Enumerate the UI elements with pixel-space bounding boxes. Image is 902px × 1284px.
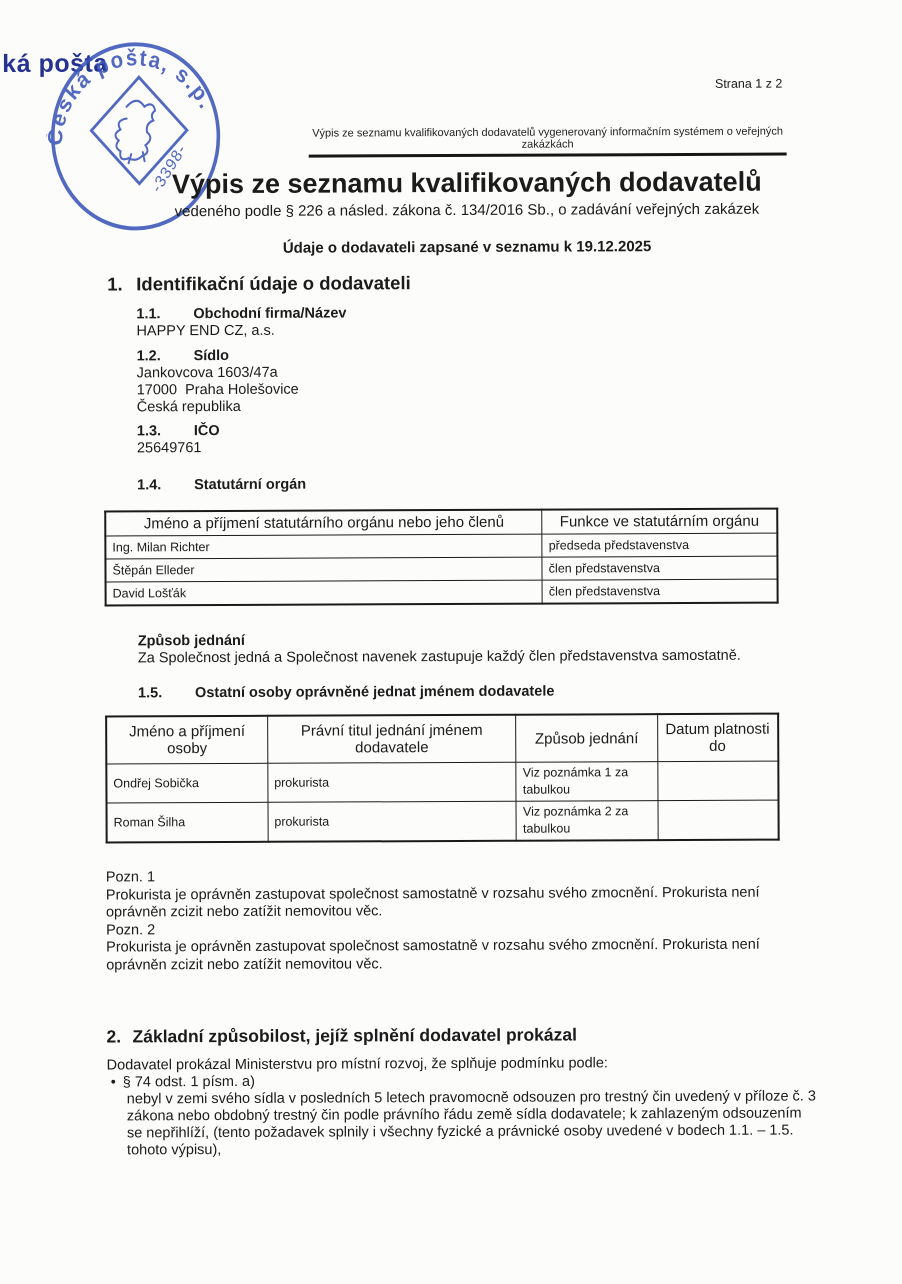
item-1-5-label: Ostatní osoby oprávněné jednat jménem do… (195, 684, 554, 703)
legal-title: prokurista (268, 801, 517, 842)
page-number: Strana 1 z 2 (715, 77, 782, 91)
section-2-heading: 2. Základní způsobilost, jejíž splnění d… (106, 1023, 818, 1047)
action-mode-text: Za Společnost jedná a Společnost navenek… (138, 647, 817, 667)
note-2-text: Prokurista je oprávněn zastupovat společ… (106, 936, 818, 974)
company-name: HAPPY END CZ, a.s. (136, 320, 815, 340)
member-role: člen představenstva (542, 556, 777, 580)
member-name: Štěpán Elleder (105, 557, 542, 582)
member-name: Ing. Milan Richter (105, 534, 542, 559)
ico-value: 25649761 (137, 437, 816, 457)
column-header: Jméno a příjmení statutárního orgánu neb… (105, 510, 542, 536)
item-1-3-label: IČO (194, 423, 220, 440)
table-header-row: Jméno a příjmení statutárního orgánu neb… (105, 509, 777, 536)
bullet-icon: • (107, 1074, 123, 1091)
other-persons-table: Jméno a příjmení osoby Právní titul jedn… (105, 713, 780, 844)
column-header: Jméno a příjmení osoby (106, 716, 267, 764)
item-1-5-heading: 1.5. Ostatní osoby oprávněné jednat jmén… (138, 682, 817, 702)
svg-text:Česká pošta, s.p.: Česká pošta, s.p. (46, 44, 219, 147)
column-header: Funkce ve statutárním orgánu (542, 509, 777, 535)
item-1-1-label: Obchodní firma/Název (193, 305, 346, 323)
section-1-number: 1. (103, 273, 136, 295)
bullet-body: nebyl v zemi svého sídla v posledních 5 … (127, 1088, 819, 1159)
address-country: Česká republika (137, 396, 816, 416)
action-mode-ref: Viz poznámka 2 za tabulkou (516, 801, 657, 841)
item-1-4-heading: 1.4. Statutární orgán (137, 474, 816, 494)
person-name: Roman Šilha (107, 802, 268, 842)
note-1-text: Prokurista je oprávněn zastupovat společ… (106, 884, 818, 922)
document-body: 1. Identifikační údaje o dodavateli 1.1.… (103, 270, 819, 1159)
table-row: Roman Šilha prokurista Viz poznámka 2 za… (107, 800, 779, 842)
section-2-number: 2. (106, 1026, 132, 1047)
record-date-line: Údaje o dodavateli zapsané v seznamu k 1… (103, 237, 831, 257)
document-header-line: Výpis ze seznamu kvalifikovaných dodavat… (309, 126, 787, 158)
validity-date (658, 800, 779, 840)
item-1-3-number: 1.3. (137, 423, 194, 440)
action-mode-ref: Viz poznámka 1 za tabulkou (516, 762, 657, 802)
item-1-2-label: Sídlo (194, 348, 230, 365)
item-1-4-label: Statutární orgán (194, 477, 306, 494)
notes-block: Pozn. 1 Prokurista je oprávněn zastupova… (106, 866, 818, 974)
section-1-heading: 1. Identifikační údaje o dodavateli (103, 270, 815, 295)
item-1-5-number: 1.5. (138, 685, 195, 702)
statutory-organ-table: Jméno a příjmení statutárního orgánu neb… (104, 508, 778, 607)
table-header-row: Jméno a příjmení osoby Právní titul jedn… (106, 714, 778, 764)
legal-title: prokurista (268, 762, 517, 802)
table-row: Ing. Milan Richter předseda představenst… (105, 533, 777, 559)
table-row: David Lošťák člen představenstva (106, 579, 778, 605)
item-1-2-number: 1.2. (137, 348, 194, 365)
member-role: předseda představenstva (542, 533, 777, 557)
item-1-1-number: 1.1. (136, 306, 193, 323)
document-subtitle: vedeného podle § 226 a násled. zákona č.… (103, 200, 831, 220)
bullet-label: § 74 odst. 1 písm. a) (123, 1074, 255, 1092)
person-name: Ondřej Sobička (106, 763, 267, 803)
table-row: Ondřej Sobička prokurista Viz poznámka 1… (106, 761, 778, 803)
validity-date (657, 761, 778, 801)
table-row: Štěpán Elleder člen představenstva (105, 556, 777, 582)
member-role: člen představenstva (542, 579, 777, 604)
section-1-title: Identifikační údaje o dodavateli (136, 272, 411, 295)
scanned-document-page: ká pošta Česká pošta, s.p. -3398- Strana… (0, 0, 902, 1284)
column-header: Způsob jednání (516, 714, 657, 762)
section-2-title: Základní způsobilost, jejíž splnění doda… (132, 1024, 576, 1047)
member-name: David Lošťák (106, 580, 543, 605)
document-title: Výpis ze seznamu kvalifikovaných dodavat… (103, 166, 831, 200)
item-1-4-number: 1.4. (137, 477, 194, 494)
column-header: Datum platnosti do (657, 714, 778, 762)
column-header: Právní titul jednání jménem dodavatele (267, 715, 516, 764)
lion-emblem-icon (115, 101, 155, 164)
